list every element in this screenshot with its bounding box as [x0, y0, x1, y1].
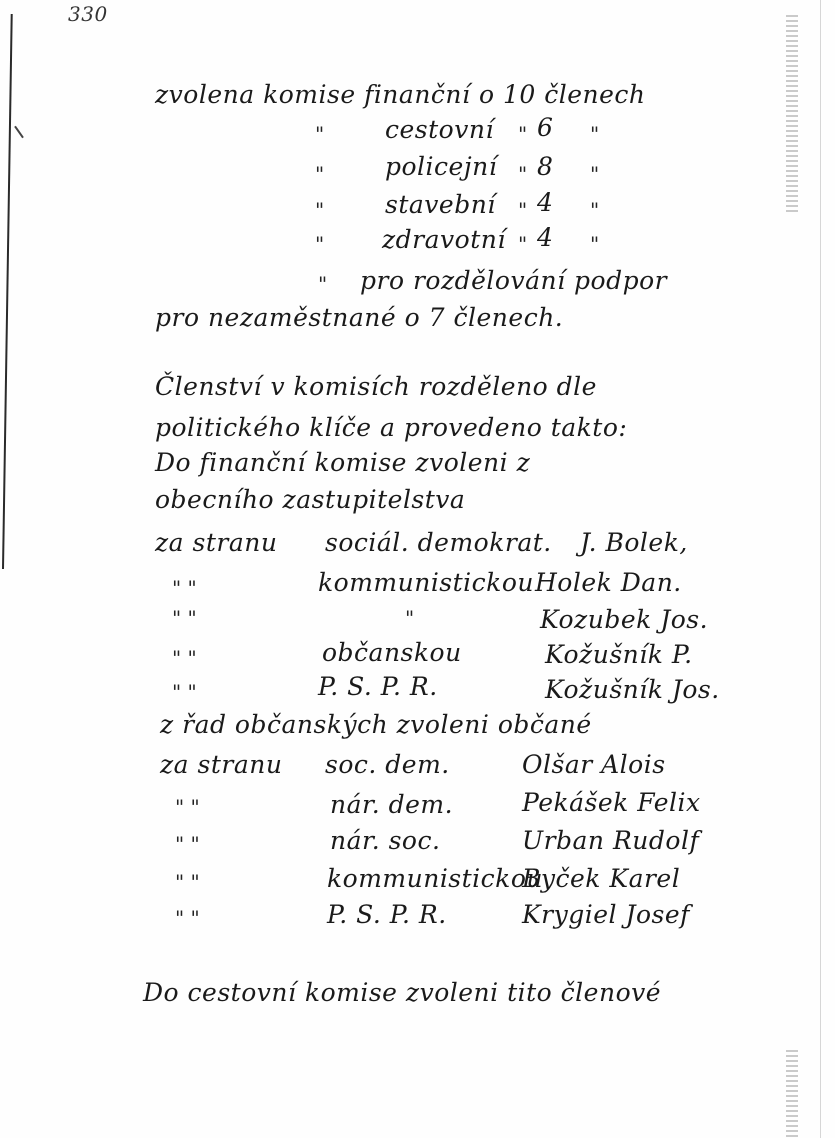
- citizens-heading: z řad občanských zvoleni občané: [160, 710, 592, 739]
- member-party: kommunistickou: [327, 864, 543, 893]
- member-name: Olšar Alois: [522, 750, 666, 779]
- member-party: P. S. P. R.: [318, 672, 438, 701]
- ditto-mark: ": [405, 606, 414, 630]
- stray-mark: [14, 126, 24, 139]
- committee-count: 4: [537, 188, 553, 217]
- member-prefix: za stranu: [155, 528, 277, 557]
- ditto-mark: ": [318, 272, 327, 296]
- paragraph-line-3: Do finanční komise zvoleni z: [155, 448, 530, 477]
- ditto-mark: ": [590, 122, 599, 146]
- paragraph-line-4: obecního zastupitelstva: [155, 485, 465, 514]
- member-party: sociál. demokrat.: [325, 528, 552, 557]
- ditto-mark: " ": [175, 906, 200, 930]
- member-name: Pekášek Felix: [522, 788, 701, 817]
- member-name: Kožušník Jos.: [545, 675, 720, 704]
- ditto-mark: " ": [175, 795, 200, 819]
- member-prefix: za stranu: [160, 750, 282, 779]
- member-party: kommunistickou: [318, 568, 534, 597]
- ditto-mark: ": [518, 198, 527, 222]
- ditto-mark: ": [590, 162, 599, 186]
- committee-name: policejní: [385, 152, 497, 181]
- member-party: nár. dem.: [330, 790, 453, 819]
- ditto-mark: ": [590, 198, 599, 222]
- member-name: Kozubek Jos.: [540, 605, 708, 634]
- member-party: P. S. P. R.: [327, 900, 447, 929]
- member-name: Holek Dan.: [535, 568, 682, 597]
- ditto-mark: ": [518, 232, 527, 256]
- committee-name: zdravotní: [382, 225, 506, 254]
- binding-edge-top: [786, 15, 798, 215]
- ditto-mark: ": [315, 122, 324, 146]
- ditto-mark: " ": [175, 832, 200, 856]
- committee-count: 6: [537, 113, 553, 142]
- member-party: soc. dem.: [325, 750, 450, 779]
- closing-line: Do cestovní komise zvoleni tito členové: [143, 978, 661, 1007]
- ditto-mark: " ": [172, 646, 197, 670]
- ditto-mark: ": [315, 162, 324, 186]
- scanned-page: 330 zvolena komise finanční o 10 členech…: [0, 0, 835, 1138]
- member-name: Kožušník P.: [545, 640, 693, 669]
- paragraph-line-2: politického klíče a provedeno takto:: [155, 413, 627, 442]
- ditto-mark: " ": [175, 870, 200, 894]
- committee-name: stavební: [385, 190, 496, 219]
- committee-count: 8: [537, 152, 553, 181]
- page-number: 330: [68, 2, 108, 26]
- ditto-mark: ": [315, 232, 324, 256]
- left-margin-line: [2, 14, 13, 569]
- ditto-mark: ": [518, 122, 527, 146]
- member-name: Urban Rudolf: [522, 826, 699, 855]
- ditto-mark: ": [315, 198, 324, 222]
- committee-name: cestovní: [385, 115, 494, 144]
- ditto-mark: ": [518, 162, 527, 186]
- intro-line-1: zvolena komise finanční o 10 členech: [155, 80, 646, 109]
- member-name: Byček Karel: [522, 864, 680, 893]
- committee-count: 4: [537, 223, 553, 252]
- ditto-mark: " ": [172, 576, 197, 600]
- paragraph-line-1: Členství v komisích rozděleno dle: [155, 372, 597, 401]
- binding-edge-bottom: [786, 1050, 798, 1138]
- member-party: nár. soc.: [330, 826, 440, 855]
- support-committee-line: pro rozdělování podpor: [360, 266, 667, 295]
- support-committee-line-2: pro nezaměstnané o 7 členech.: [155, 303, 563, 332]
- member-name: J. Bolek,: [580, 528, 688, 557]
- ditto-mark: " ": [172, 680, 197, 704]
- member-name: Krygiel Josef: [522, 900, 690, 929]
- ditto-mark: " ": [172, 606, 197, 630]
- member-party: občanskou: [322, 638, 462, 667]
- page-edge-line: [820, 0, 821, 1138]
- ditto-mark: ": [590, 232, 599, 256]
